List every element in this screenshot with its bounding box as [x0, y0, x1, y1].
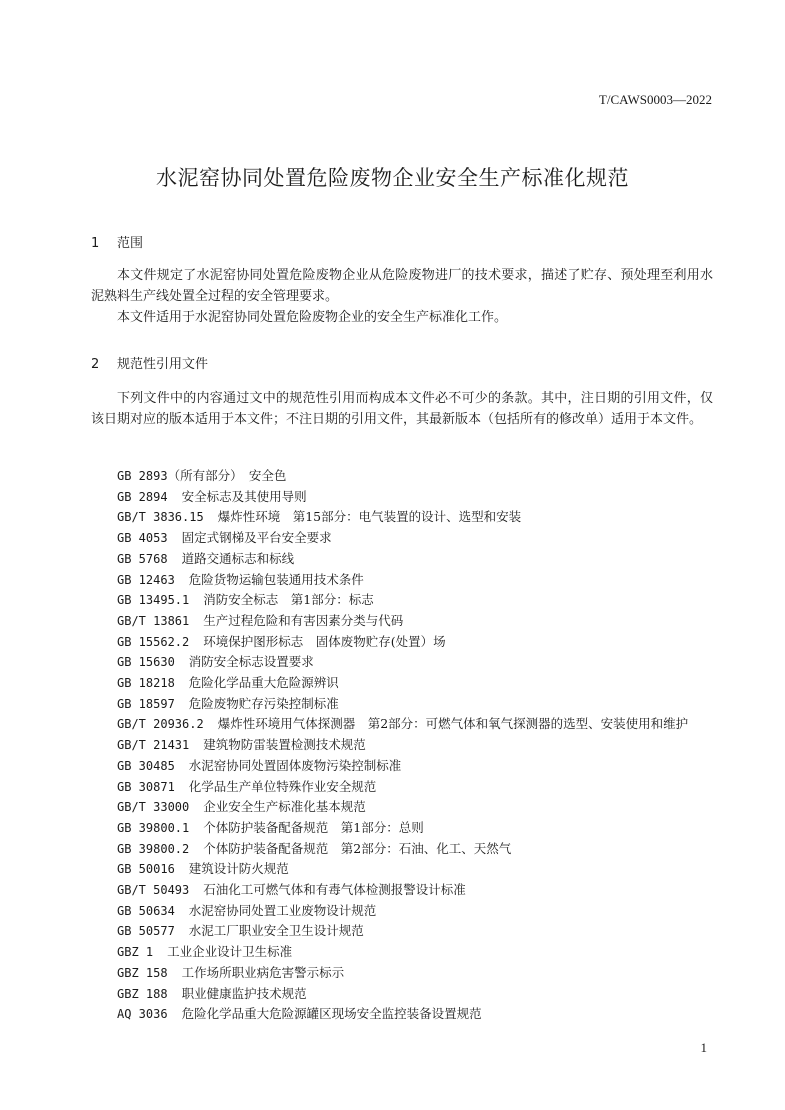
- reference-item: GB 39800.1个体防护装备配备规范 第1部分：总则: [91, 818, 713, 839]
- reference-title: 安全标志及其使用导则: [182, 489, 307, 504]
- reference-item: GB 30485水泥窑协同处置固体废物污染控制标准: [91, 756, 713, 777]
- reference-code: AQ 3036: [117, 1007, 168, 1021]
- section-heading-scope: 1范围: [91, 232, 143, 251]
- reference-title: 环境保护图形标志 固体废物贮存(处置）场: [203, 634, 445, 649]
- reference-code: GB 30485: [117, 759, 175, 773]
- reference-item: GB 4053固定式钢梯及平台安全要求: [91, 528, 713, 549]
- reference-item: GB 12463危险货物运输包装通用技术条件: [91, 570, 713, 591]
- reference-title: 工作场所职业病危害警示标示: [182, 965, 345, 980]
- reference-title: 建筑物防雷装置检测技术规范: [203, 737, 366, 752]
- reference-title: 个体防护装备配备规范 第2部分：石油、化工、天然气: [203, 841, 511, 856]
- reference-item: GB 30871化学品生产单位特殊作业安全规范: [91, 777, 713, 798]
- reference-code: GB 39800.1: [117, 821, 189, 835]
- section-number: 1: [91, 236, 117, 251]
- reference-code: GBZ 1: [117, 945, 153, 959]
- document-code: T/CAWS0003—2022: [599, 92, 712, 108]
- reference-item: GB/T 3836.15爆炸性环境 第15部分：电气装置的设计、选型和安装: [91, 507, 713, 528]
- scope-paragraph-2: 本文件适用于水泥窑协同处置危险废物企业的安全生产标准化工作。: [91, 307, 713, 328]
- reference-item: GB 50016建筑设计防火规范: [91, 859, 713, 880]
- reference-code: GB 13495.1: [117, 593, 189, 607]
- reference-title: 危险废物贮存污染控制标准: [189, 696, 339, 711]
- section-title: 规范性引用文件: [117, 357, 208, 372]
- reference-code: GBZ 158: [117, 966, 168, 980]
- reference-item: GB 15630消防安全标志设置要求: [91, 652, 713, 673]
- references-intro-paragraph: 下列文件中的内容通过文中的规范性引用而构成本文件必不可少的条款。其中，注日期的引…: [91, 388, 713, 430]
- section-heading-normative-references: 2规范性引用文件: [91, 353, 208, 372]
- reference-code: GB/T 21431: [117, 738, 189, 752]
- reference-title: 化学品生产单位特殊作业安全规范: [189, 779, 377, 794]
- reference-code: GB/T 13861: [117, 614, 189, 628]
- section-title: 范围: [117, 236, 143, 251]
- reference-code: GB 2893: [117, 469, 168, 483]
- reference-code: GB 5768: [117, 552, 168, 566]
- reference-code: GB 18218: [117, 676, 175, 690]
- reference-title: 水泥工厂职业安全卫生设计规范: [189, 923, 364, 938]
- reference-title: 危险化学品重大危险源辨识: [189, 675, 339, 690]
- reference-title: 水泥窑协同处置固体废物污染控制标准: [189, 758, 402, 773]
- reference-title: 工业企业设计卫生标准: [167, 944, 292, 959]
- reference-item: GB 15562.2环境保护图形标志 固体废物贮存(处置）场: [91, 632, 713, 653]
- reference-code: GB 50016: [117, 862, 175, 876]
- reference-code: GB/T 33000: [117, 800, 189, 814]
- reference-title: 固定式钢梯及平台安全要求: [182, 530, 332, 545]
- reference-title: 消防安全标志设置要求: [189, 654, 314, 669]
- reference-item: GB 18597危险废物贮存污染控制标准: [91, 694, 713, 715]
- reference-item: GBZ 188职业健康监护技术规范: [91, 984, 713, 1005]
- reference-title: 企业安全生产标准化基本规范: [203, 799, 366, 814]
- reference-code: GB 50634: [117, 904, 175, 918]
- reference-code: GB 15562.2: [117, 635, 189, 649]
- reference-code: GB 12463: [117, 573, 175, 587]
- reference-code: GB 4053: [117, 531, 168, 545]
- reference-title: 危险化学品重大危险源罐区现场安全监控装备设置规范: [182, 1006, 482, 1021]
- reference-item: GB/T 33000企业安全生产标准化基本规范: [91, 797, 713, 818]
- reference-item: GB 2894安全标志及其使用导则: [91, 487, 713, 508]
- reference-item: GB/T 50493石油化工可燃气体和有毒气体检测报警设计标准: [91, 880, 713, 901]
- reference-title: 个体防护装备配备规范 第1部分：总则: [203, 820, 423, 835]
- reference-title: 石油化工可燃气体和有毒气体检测报警设计标准: [203, 882, 466, 897]
- reference-code: GB/T 3836.15: [117, 510, 204, 524]
- reference-title: （所有部分） 安全色: [168, 468, 287, 483]
- reference-code: GB 15630: [117, 655, 175, 669]
- reference-title: 爆炸性环境用气体探测器 第2部分：可燃气体和氧气探测器的选型、安装使用和维护: [218, 716, 688, 731]
- reference-item: GB 50577水泥工厂职业安全卫生设计规范: [91, 921, 713, 942]
- reference-item: GB 50634水泥窑协同处置工业废物设计规范: [91, 901, 713, 922]
- reference-code: GB/T 50493: [117, 883, 189, 897]
- reference-code: GBZ 188: [117, 987, 168, 1001]
- reference-code: GB 18597: [117, 697, 175, 711]
- reference-item: GB/T 21431建筑物防雷装置检测技术规范: [91, 735, 713, 756]
- reference-item: GB 39800.2个体防护装备配备规范 第2部分：石油、化工、天然气: [91, 839, 713, 860]
- page-number: 1: [701, 1040, 708, 1056]
- reference-title: 生产过程危险和有害因素分类与代码: [203, 613, 403, 628]
- scope-paragraph-1: 本文件规定了水泥窑协同处置危险废物企业从危险废物进厂的技术要求，描述了贮存、预处…: [91, 265, 713, 307]
- document-title: 水泥窑协同处置危险废物企业安全生产标准化规范: [0, 162, 785, 192]
- reference-item: GB 2893（所有部分） 安全色: [91, 466, 713, 487]
- reference-title: 爆炸性环境 第15部分：电气装置的设计、选型和安装: [218, 509, 521, 524]
- reference-list: GB 2893（所有部分） 安全色GB 2894安全标志及其使用导则GB/T 3…: [91, 466, 713, 1025]
- reference-code: GB/T 20936.2: [117, 717, 204, 731]
- reference-item: GB/T 13861生产过程危险和有害因素分类与代码: [91, 611, 713, 632]
- reference-item: GB 5768道路交通标志和标线: [91, 549, 713, 570]
- reference-title: 建筑设计防火规范: [189, 861, 289, 876]
- reference-title: 消防安全标志 第1部分：标志: [203, 592, 373, 607]
- reference-item: GB 13495.1消防安全标志 第1部分：标志: [91, 590, 713, 611]
- reference-item: AQ 3036危险化学品重大危险源罐区现场安全监控装备设置规范: [91, 1004, 713, 1025]
- section-number: 2: [91, 357, 117, 372]
- reference-code: GB 50577: [117, 924, 175, 938]
- reference-title: 职业健康监护技术规范: [182, 986, 307, 1001]
- reference-title: 水泥窑协同处置工业废物设计规范: [189, 903, 377, 918]
- reference-item: GB/T 20936.2爆炸性环境用气体探测器 第2部分：可燃气体和氧气探测器的…: [91, 714, 713, 735]
- reference-title: 道路交通标志和标线: [182, 551, 295, 566]
- reference-item: GBZ 158工作场所职业病危害警示标示: [91, 963, 713, 984]
- reference-code: GB 39800.2: [117, 842, 189, 856]
- reference-item: GBZ 1工业企业设计卫生标准: [91, 942, 713, 963]
- reference-code: GB 2894: [117, 490, 168, 504]
- reference-title: 危险货物运输包装通用技术条件: [189, 572, 364, 587]
- reference-item: GB 18218危险化学品重大危险源辨识: [91, 673, 713, 694]
- reference-code: GB 30871: [117, 780, 175, 794]
